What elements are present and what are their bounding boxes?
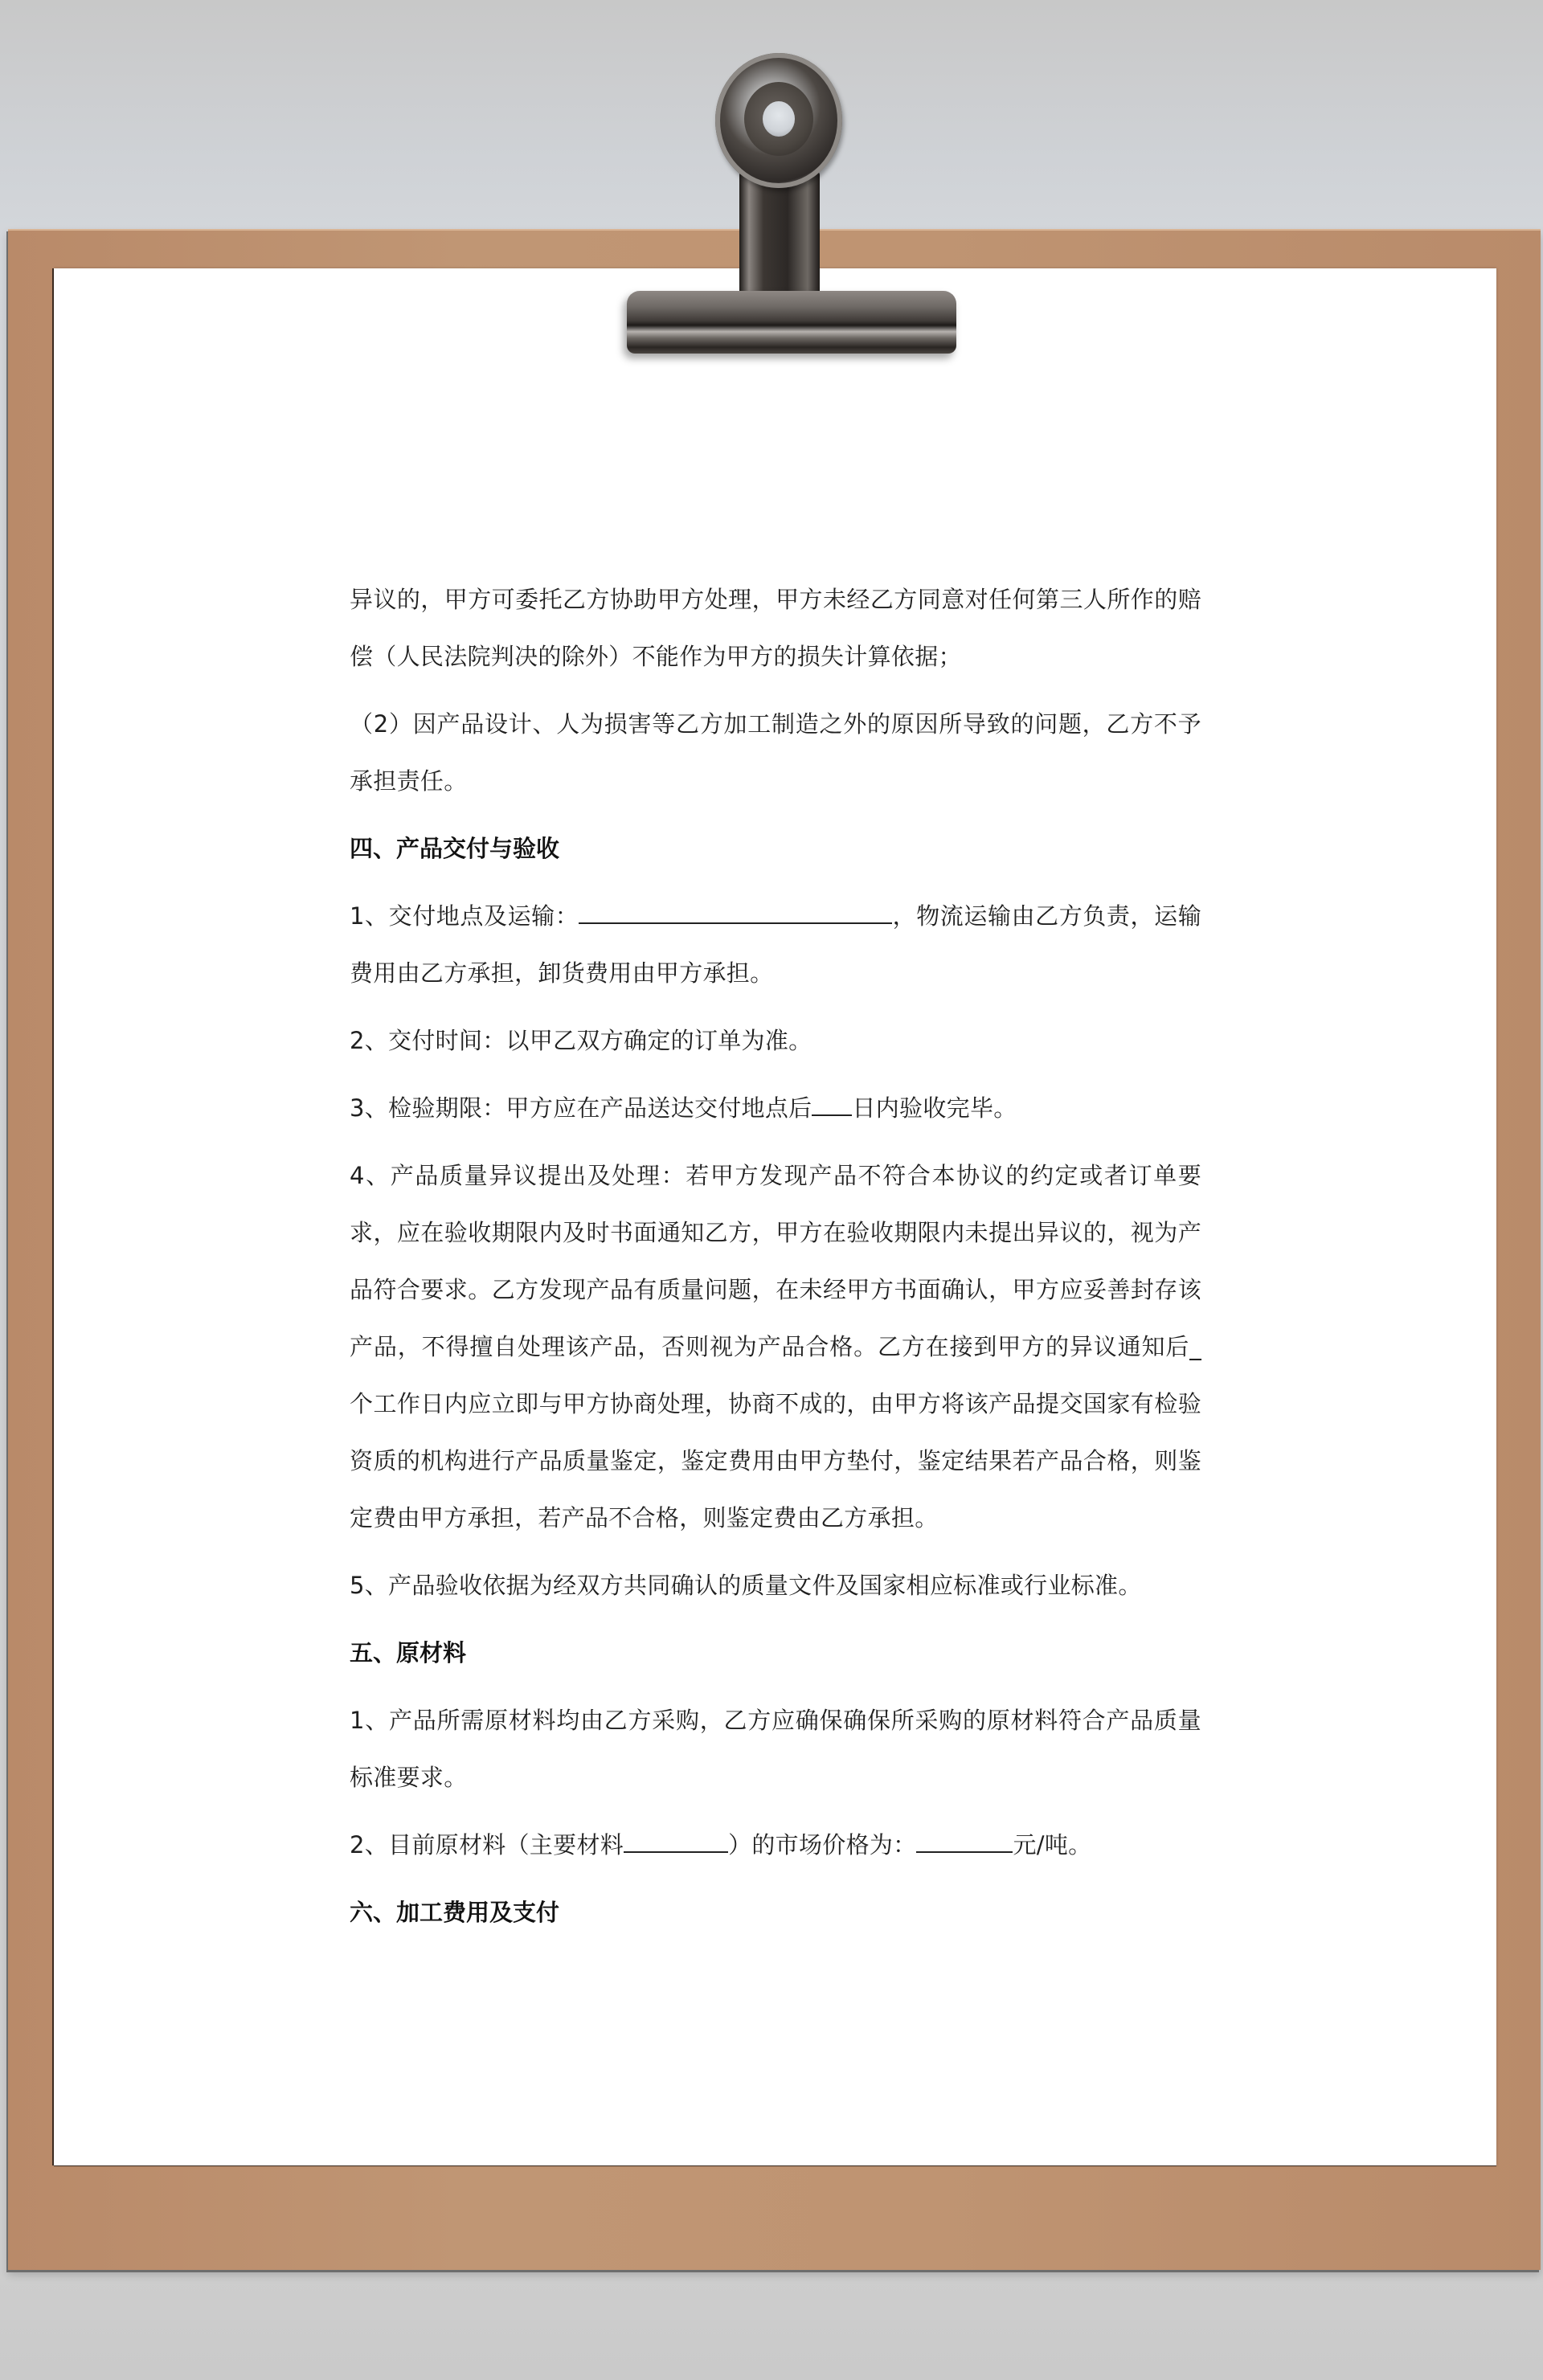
inspection-period-label: 3、检验期限：甲方应在产品送达交付地点后	[350, 1094, 812, 1122]
paragraph-delivery-location: 1、交付地点及运输：，物流运输由乙方负责，运输费用由乙方承担，卸货费用由甲方承担…	[350, 888, 1201, 1002]
paragraph-acceptance-basis: 5、产品验收依据为经双方共同确认的质量文件及国家相应标准或行业标准。	[350, 1557, 1201, 1614]
inspection-days-blank	[812, 1097, 852, 1116]
paragraph-quality-objection: 4、产品质量异议提出及处理：若甲方发现产品不符合本协议的约定或者订单要求，应在验…	[350, 1147, 1201, 1547]
material-price-middle: ）的市场价格为：	[728, 1831, 916, 1859]
paragraph-inspection-period: 3、检验期限：甲方应在产品送达交付地点后日内验收完毕。	[350, 1080, 1201, 1137]
delivery-location-blank	[579, 905, 892, 924]
section-heading-raw-materials: 五、原材料	[350, 1625, 1201, 1682]
paragraph-compensation-clause: 异议的，甲方可委托乙方协助甲方处理，甲方未经乙方同意对任何第三人所作的赔偿（人民…	[350, 571, 1201, 685]
paragraph-material-price: 2、目前原材料（主要材料）的市场价格为：元/吨。	[350, 1817, 1201, 1874]
delivery-location-label: 1、交付地点及运输：	[350, 902, 579, 930]
paragraph-material-procurement: 1、产品所需原材料均由乙方采购，乙方应确保确保所采购的原材料符合产品质量标准要求…	[350, 1692, 1201, 1806]
clipboard-board: 异议的，甲方可委托乙方协助甲方处理，甲方未经乙方同意对任何第三人所作的赔偿（人民…	[8, 229, 1541, 2270]
clip-hole	[763, 101, 795, 137]
clip-ring-inner	[744, 82, 813, 156]
section-heading-processing-fee: 六、加工费用及支付	[350, 1884, 1201, 1941]
clip-ring	[715, 53, 842, 188]
material-price-unit: 元/吨。	[1013, 1831, 1091, 1859]
inspection-period-rest: 日内验收完毕。	[852, 1094, 1017, 1122]
section-heading-delivery: 四、产品交付与验收	[350, 820, 1201, 877]
document-page: 异议的，甲方可委托乙方协助甲方处理，甲方未经乙方同意对任何第三人所作的赔偿（人民…	[54, 268, 1496, 2165]
paragraph-delivery-time: 2、交付时间：以甲乙双方确定的订单为准。	[350, 1012, 1201, 1069]
document-body: 异议的，甲方可委托乙方协助甲方处理，甲方未经乙方同意对任何第三人所作的赔偿（人民…	[350, 571, 1201, 1952]
price-blank	[916, 1834, 1013, 1853]
paragraph-exemption-clause: （2）因产品设计、人为损害等乙方加工制造之外的原因所导致的问题，乙方不予承担责任…	[350, 696, 1201, 810]
material-price-label: 2、目前原材料（主要材料	[350, 1831, 624, 1859]
main-material-blank	[624, 1834, 728, 1853]
